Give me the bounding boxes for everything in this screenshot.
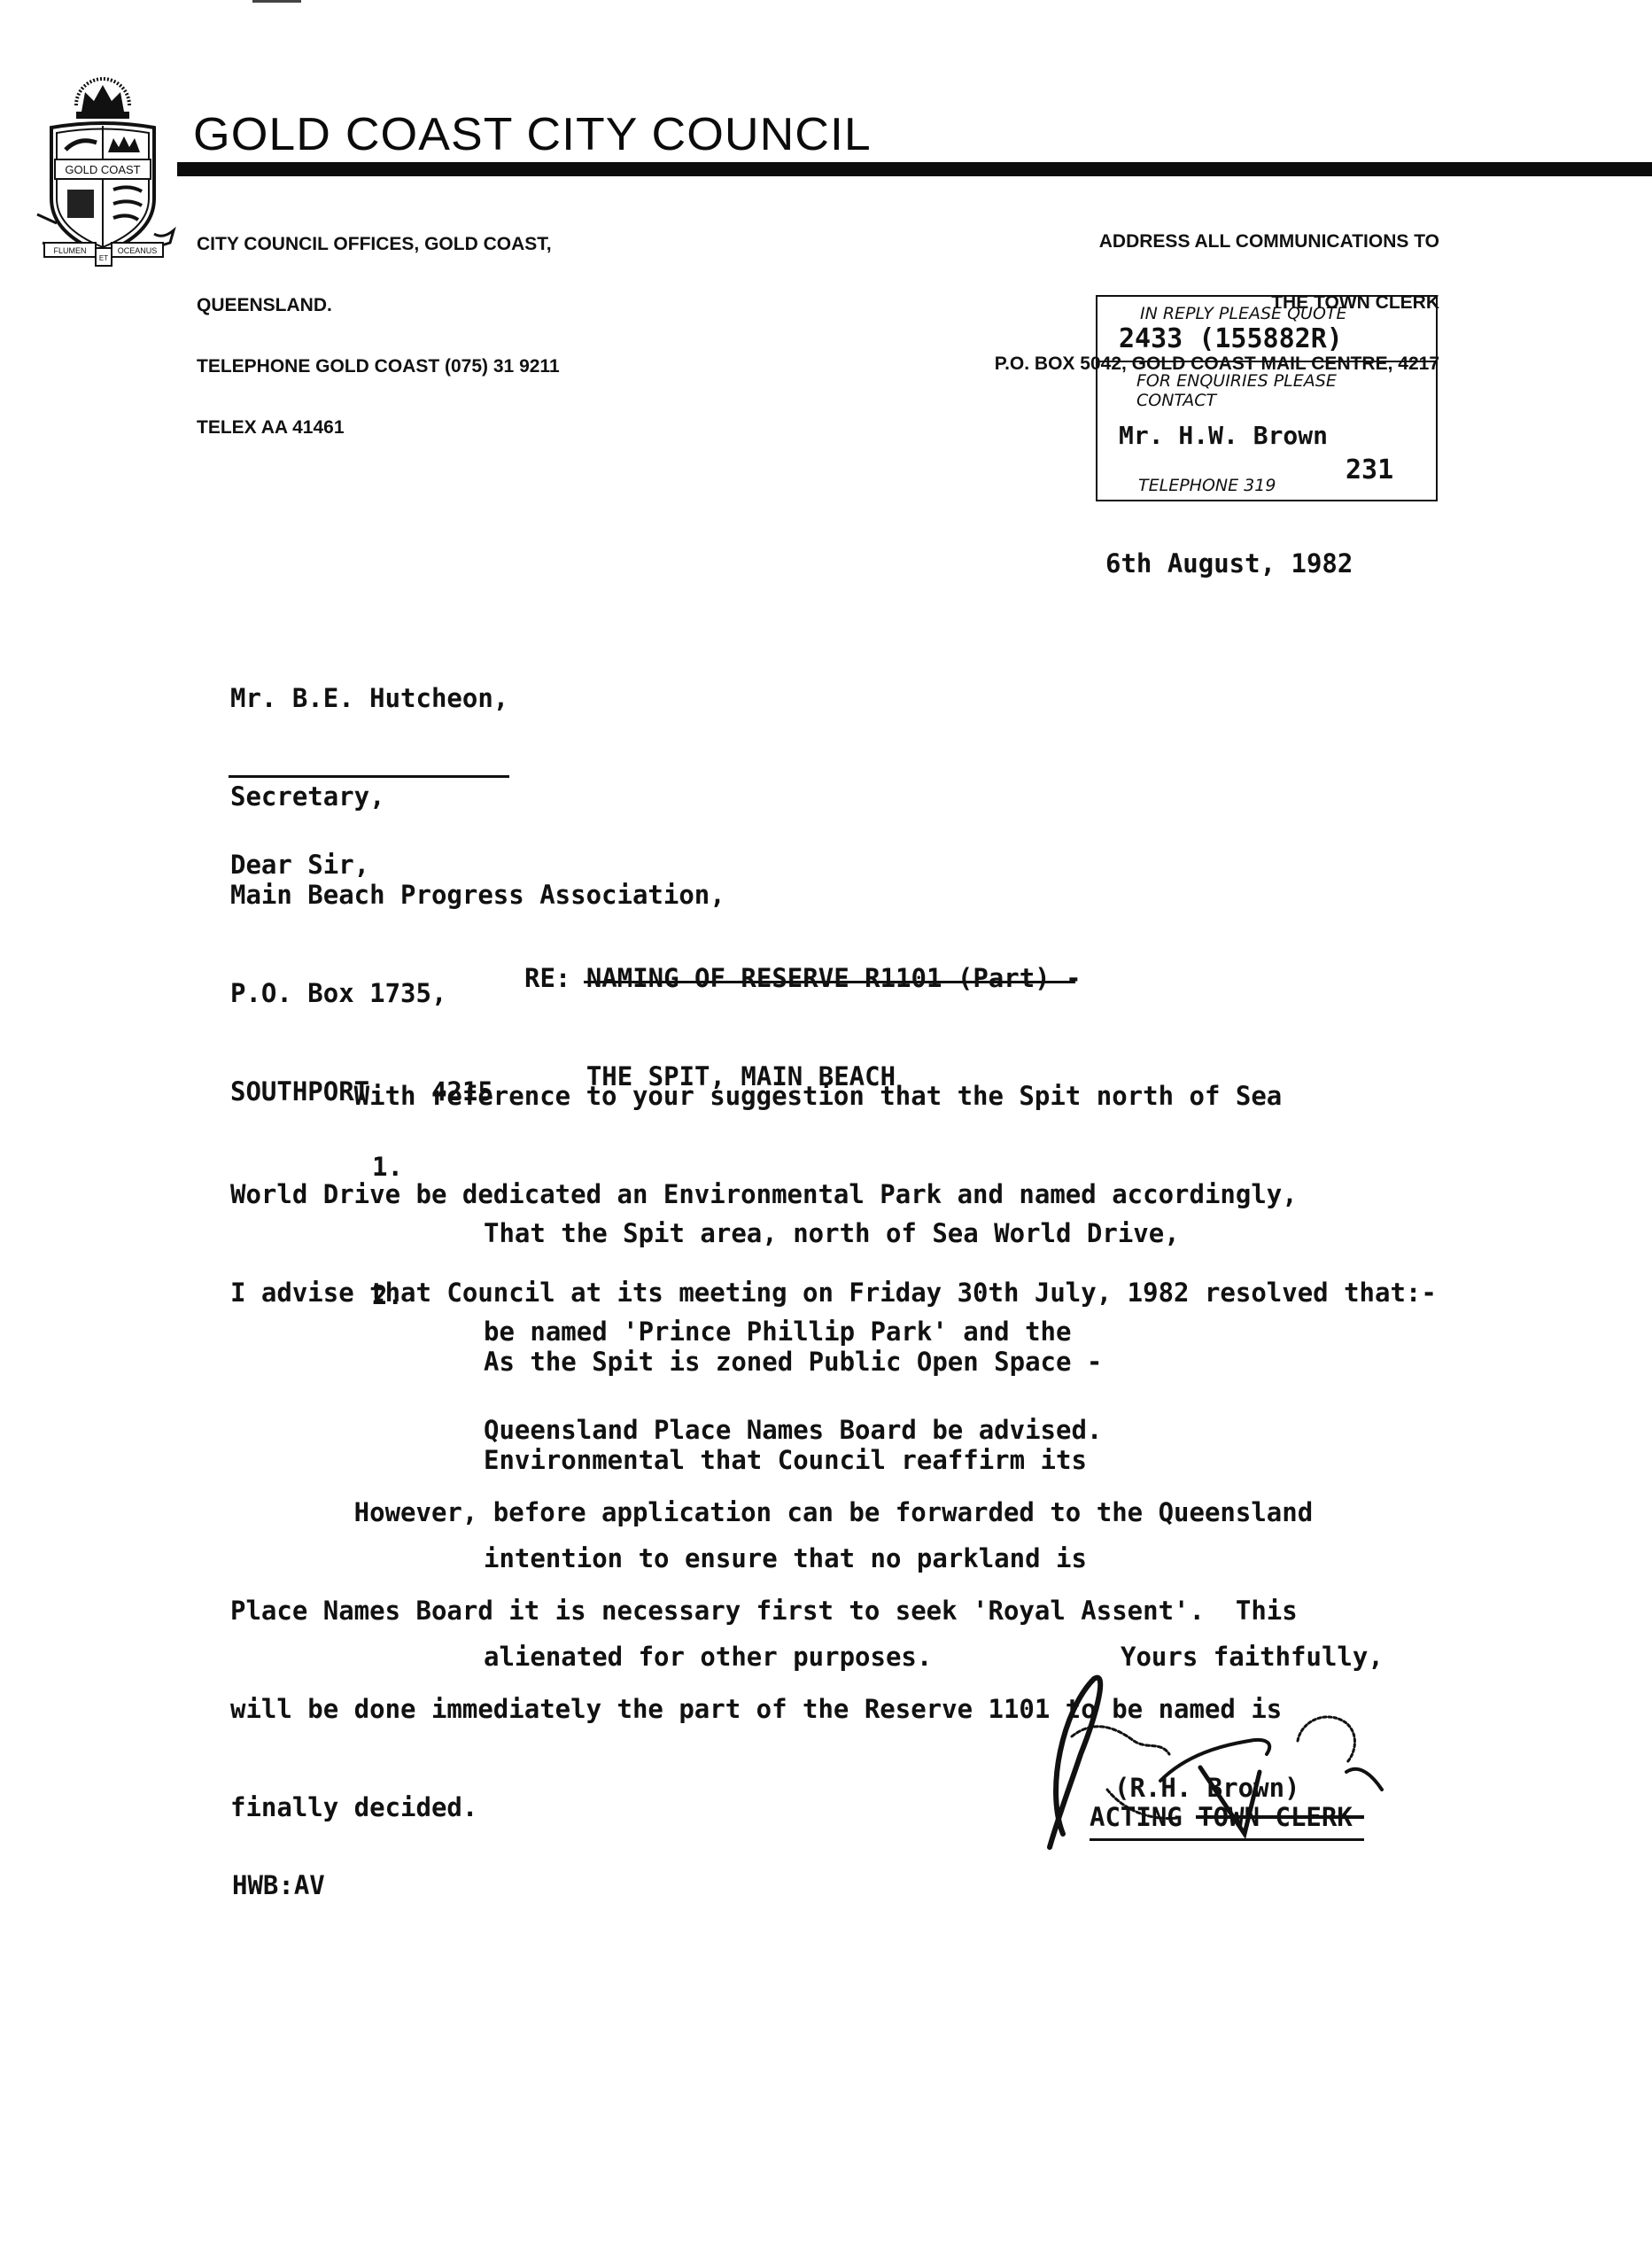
paragraph-line: With reference to your suggestion that t…	[230, 1080, 1437, 1113]
office-telex: TELEX AA 41461	[197, 417, 560, 438]
svg-text:FLUMEN: FLUMEN	[53, 246, 86, 255]
scan-artifact	[252, 0, 301, 3]
salutation: Dear Sir,	[230, 849, 369, 882]
contact-name: Mr. H.W. Brown	[1119, 421, 1328, 450]
addressee-name: Mr. B.E. Hutcheon,	[230, 682, 725, 715]
reference-box: IN REPLY PLEASE QUOTE 2433 (155882R) FOR…	[1096, 295, 1438, 501]
resolution-number: 1.	[372, 1152, 403, 1182]
office-line: CITY COUNCIL OFFICES, GOLD COAST,	[197, 234, 560, 254]
reply-quote-section: IN REPLY PLEASE QUOTE 2433 (155882R)	[1097, 297, 1436, 362]
letter-date: 6th August, 1982	[1105, 548, 1353, 580]
title-strikethrough	[1196, 1815, 1364, 1819]
resolution-line: As the Spit is zoned Public Open Space -	[484, 1346, 1102, 1379]
svg-text:ET: ET	[99, 254, 108, 262]
svg-text:GOLD COAST: GOLD COAST	[65, 163, 140, 176]
enquiries-label-contact: CONTACT	[1136, 391, 1216, 410]
paragraph-line: However, before application can be forwa…	[230, 1496, 1313, 1529]
letterhead-rule	[177, 162, 1652, 176]
reference-initials: HWB:AV	[232, 1869, 325, 1902]
signatory-name: (R.H. Brown)	[1114, 1772, 1300, 1805]
subject-underline	[584, 981, 1075, 983]
svg-text:OCEANUS: OCEANUS	[118, 246, 158, 255]
communications-line: ADDRESS ALL COMMUNICATIONS TO	[995, 231, 1439, 252]
reply-quote-value: 2433 (155882R)	[1119, 323, 1343, 354]
reply-quote-label: IN REPLY PLEASE QUOTE	[1140, 304, 1347, 323]
office-line: QUEENSLAND.	[197, 295, 560, 315]
coat-of-arms-icon: GOLD COAST FLUMEN ET OCEANUS	[21, 66, 198, 278]
title-prefix: ACTING	[1090, 1802, 1198, 1832]
enquiries-label: FOR ENQUIRIES PLEASE	[1136, 371, 1337, 391]
office-phone: TELEPHONE GOLD COAST (075) 31 9211	[197, 356, 560, 377]
office-address-block: CITY COUNCIL OFFICES, GOLD COAST, QUEENS…	[197, 193, 560, 458]
address-underline	[229, 775, 509, 778]
organisation-name: GOLD COAST CITY COUNCIL	[193, 108, 872, 161]
title-underline	[1090, 1838, 1364, 1841]
resolution-number: 2.	[372, 1280, 403, 1310]
telephone-extension: 231	[1346, 454, 1393, 485]
council-crest: GOLD COAST FLUMEN ET OCEANUS	[21, 66, 198, 278]
telephone-label: TELEPHONE 319	[1138, 476, 1276, 495]
addressee-position: Secretary,	[230, 781, 725, 813]
subject-line: RE: NAMING OF RESERVE R1101 (Part) -	[524, 962, 1082, 995]
paragraph-line: Place Names Board it is necessary first …	[230, 1595, 1313, 1627]
resolution-line: That the Spit area, north of Sea World D…	[484, 1217, 1180, 1250]
